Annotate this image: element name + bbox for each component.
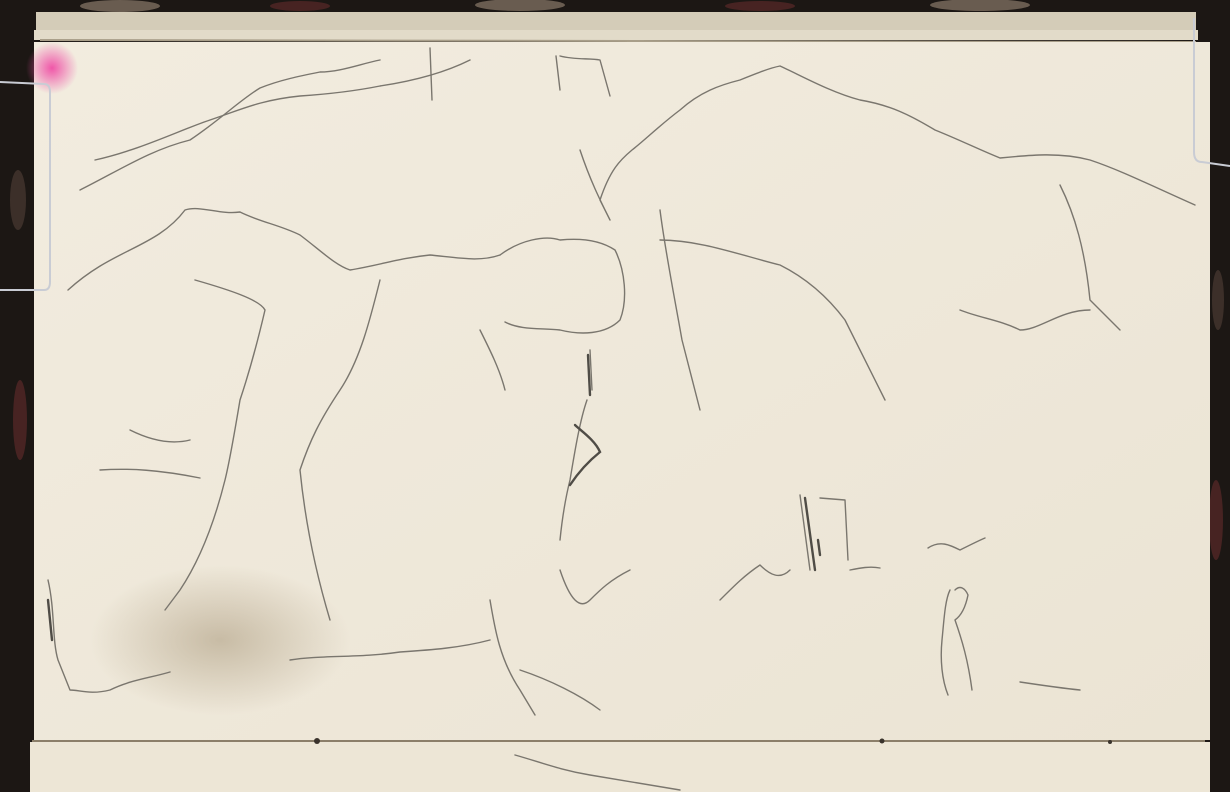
binding-hole — [880, 739, 885, 744]
lower-page — [30, 742, 1210, 792]
binding-hole — [1108, 740, 1112, 744]
pencil-smudge — [90, 565, 350, 715]
binding-hole — [314, 738, 320, 744]
sketchbook-photo — [0, 0, 1230, 792]
pink-mark — [26, 42, 78, 94]
page-stack-edges — [34, 12, 1198, 42]
